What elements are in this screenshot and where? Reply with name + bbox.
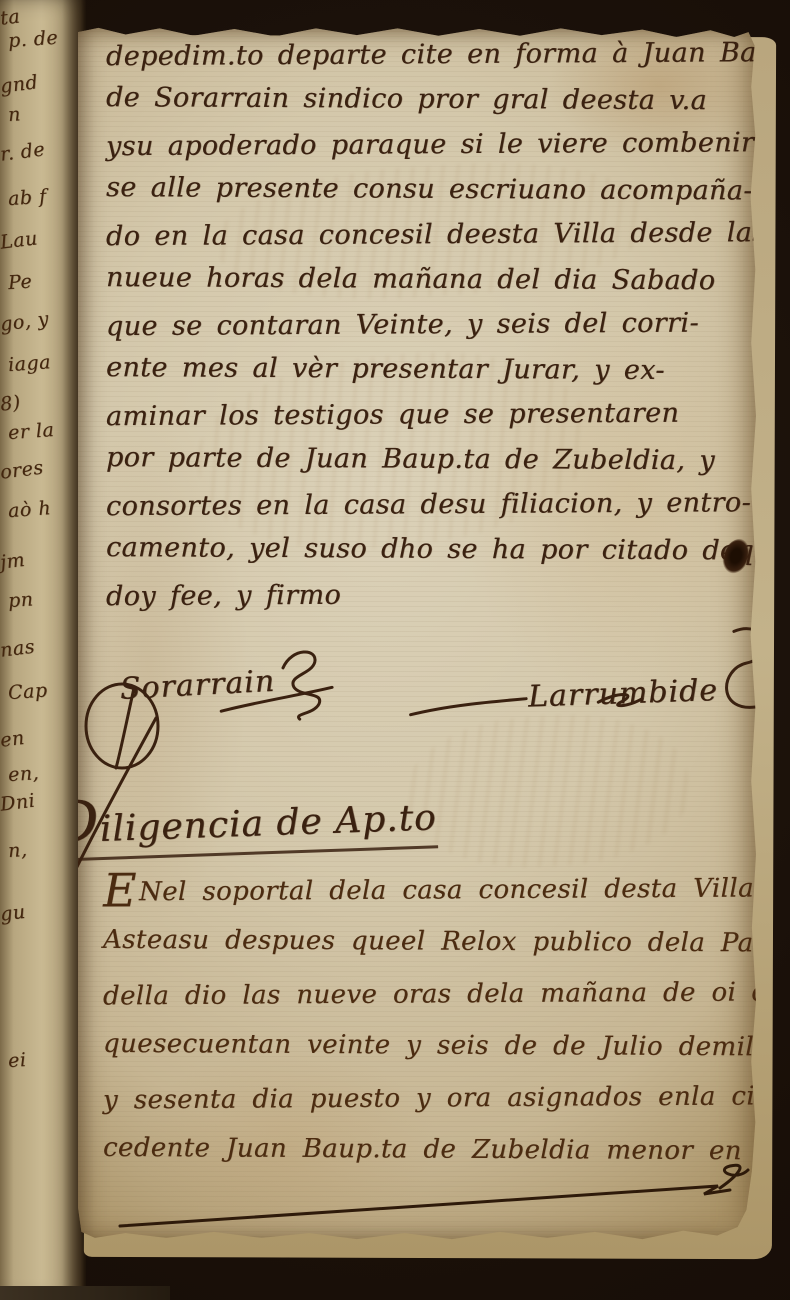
facing-page-text-fragment: gu [0,896,63,925]
facing-page-text-fragment: n, [7,836,70,862]
manuscript-line-7: que se contaran Veinte, y seis del corri… [106,300,790,349]
manuscript-line-3: ysu apoderado paraque si le viere comben… [106,120,790,169]
facing-page-text-fragment: n [7,100,70,126]
facing-page-text-fragment: gnd [0,68,63,97]
facing-page-text-fragment: go, y [0,306,63,335]
signature-larrumbide: Larrumbide [406,637,790,751]
manuscript-line-8: ente mes al vèr presentar Jurar, y ex- [106,345,790,394]
manuscript-line-4: se alle presente consu escriuano acompañ… [106,165,790,214]
facing-page-text-fragment: iaga [7,350,70,376]
facing-page-edge: ta p. de gnd n r. de ab f Lau Pe go, y i… [0,0,86,1300]
facing-page-text-fragment: jm [0,544,63,573]
manuscript-line-14: ENel soportal dela casa concesil desta V… [103,862,790,919]
manuscript-photo: ta p. de gnd n r. de ab f Lau Pe go, y i… [0,0,790,1300]
sorarrain-rubric-flourish [278,646,368,722]
facing-page-text-fragment: Dni [0,786,63,815]
manuscript-line-9: aminar los testigos que se presentaren [106,390,790,439]
facing-page-text-fragment: nas [0,632,63,661]
manuscript-line-1: depedim.to departe cite en forma à Juan … [106,30,790,79]
manuscript-line-15: Asteasu despues queel Relox publico dela… [103,914,790,970]
facing-page-text-fragment: pn [7,586,70,612]
facing-page-text-fragment: 8) [0,386,63,415]
manuscript-line-5: do en la casa concesil deesta Villa desd… [106,210,790,259]
larrumbide-lead-line [407,677,528,721]
manuscript-line-12: camento, yel suso dho se ha por citado d… [106,525,790,574]
manuscript-line-11: consortes en la casa desu filiacion, y e… [106,480,790,529]
manuscript-line-18: y sesenta dia puesto y ora asignados enl… [103,1070,790,1127]
manuscript-page: depedim.to departe cite en forma à Juan … [78,26,758,1244]
facing-page-text-fragment: er la [7,418,70,444]
manuscript-line-17: quesecuentan veinte y seis de de Julio d… [103,1018,790,1074]
manuscript-line-10: por parte de Juan Baup.ta de Zubeldia, y [106,435,790,484]
facing-page-text-fragment: ei [7,1046,70,1072]
facing-page-text-fragment: Pe [7,268,70,294]
facing-page-text-fragment: p. de [7,26,70,52]
facing-page-text-fragment: r. de [0,136,63,165]
first-paragraph: depedim.to departe cite en forma à Juan … [106,32,790,617]
section-heading: Diligencia de Ap.to [51,775,438,861]
facing-page-text-fragment: Lau [0,224,63,253]
manuscript-line-text: Nel soportal dela casa concesil desta Vi… [139,873,790,907]
manuscript-line-13: doy fee, y firmo [106,570,790,619]
facing-page-text-fragment: ta [0,0,63,29]
manuscript-line-16: della dio las nueve oras dela mañana de … [103,966,790,1023]
facing-page-text-fragment: aò h [7,496,70,522]
facing-page-text-fragment: Cap [7,678,70,704]
facing-page-text-fragment: en, [7,760,70,786]
manuscript-line-2: de Sorarrain sindico pror gral deesta v.… [106,75,790,124]
manuscript-line-6: nueue horas dela mañana del dia Sabado [106,255,790,304]
facing-page-text-fragment: en [0,722,63,751]
facing-page-text-fragment: ab f [7,184,70,210]
lower-page-edge [0,1286,170,1300]
second-paragraph: ENel soportal dela casa concesil desta V… [103,864,790,1176]
initial-capital: E [103,863,137,917]
facing-page-text-fragment: ores [0,454,63,483]
closing-flourish-line [108,1164,758,1234]
